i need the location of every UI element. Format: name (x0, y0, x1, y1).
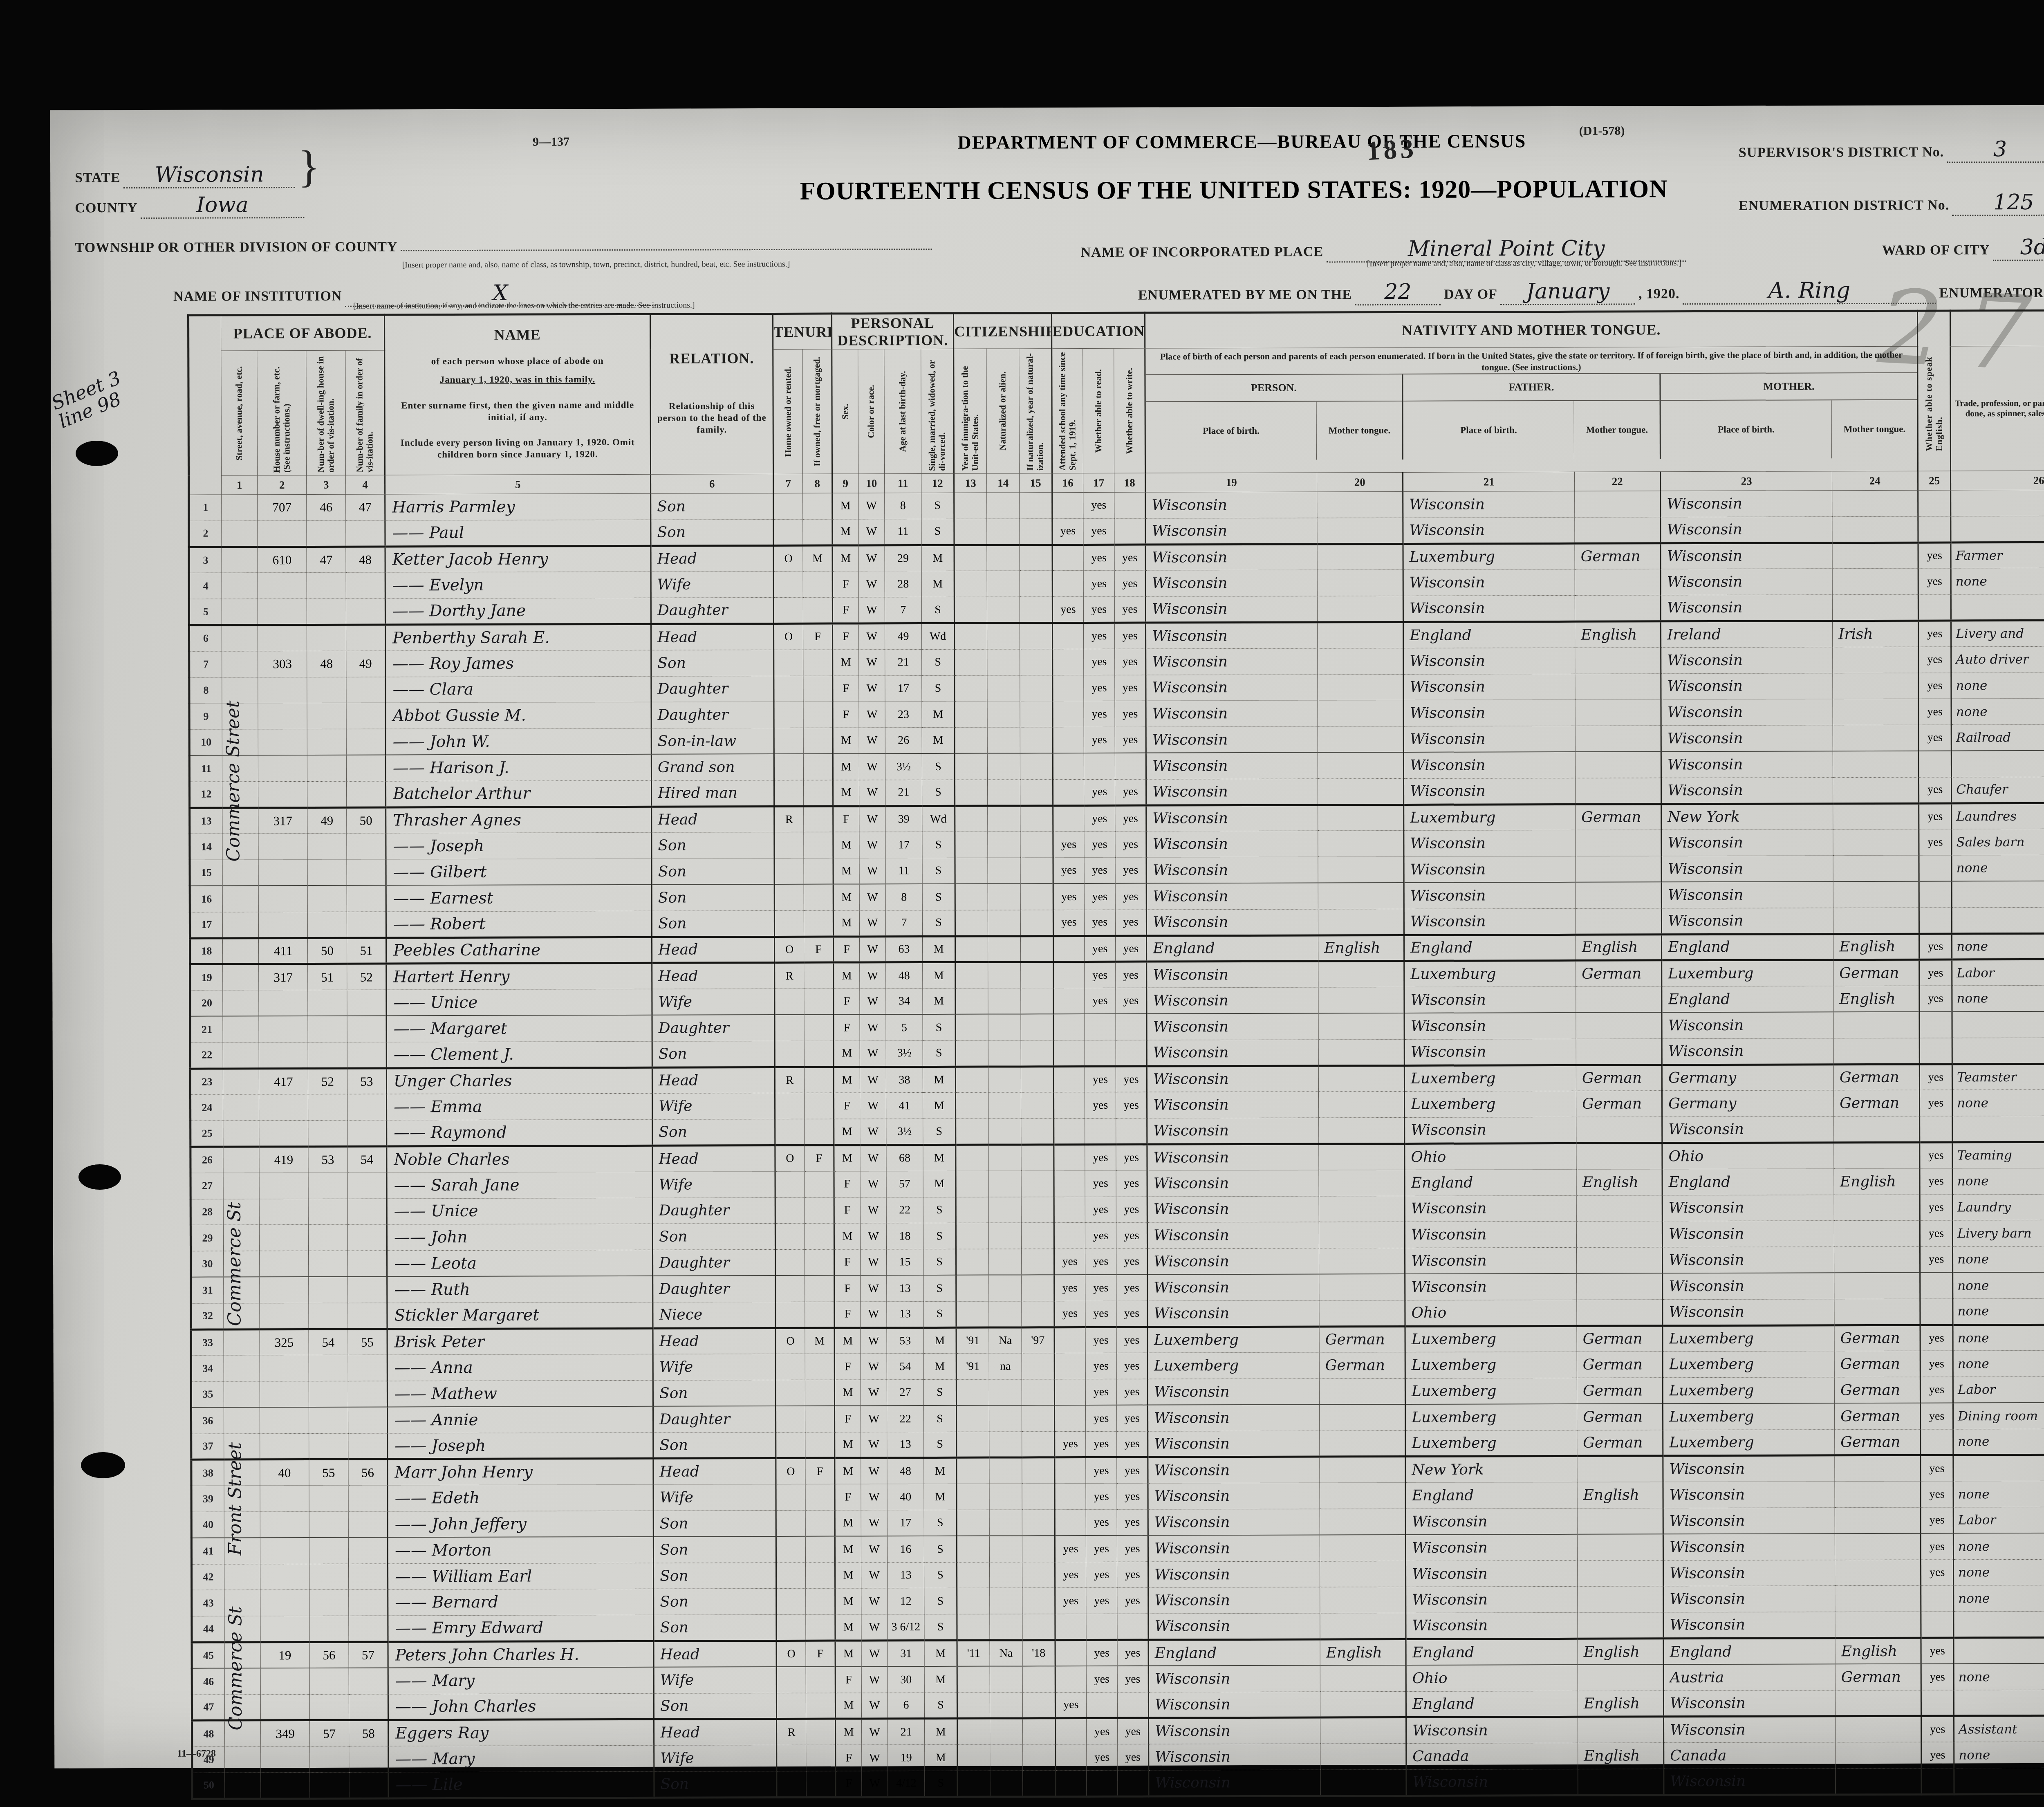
cell-occupation: none (1952, 985, 2044, 1012)
cell-speaks-english: yes (1920, 1142, 1952, 1168)
cell-mother-tongue (1318, 674, 1403, 700)
cell-name: —— Emry Edward (388, 1615, 654, 1642)
cell-house-number: 707 (258, 494, 307, 520)
cell-father-tongue (1577, 1299, 1663, 1325)
cell-immigration-year (956, 1249, 989, 1275)
cell-naturalization-year (1023, 1771, 1056, 1797)
cell-write: yes (1118, 1744, 1149, 1770)
cell-father-tongue (1576, 1117, 1662, 1143)
cell-naturalization (988, 832, 1020, 858)
cell-marital: M (923, 1067, 955, 1093)
cell-mother-tongue-col (1834, 1273, 1920, 1299)
cell-color: W (861, 1276, 887, 1302)
cell-school (1054, 1327, 1085, 1353)
cell-dwelling-number (309, 1251, 348, 1277)
cell-birthplace: Wisconsin (1145, 596, 1317, 623)
cell-mother-tongue-col: English (1833, 934, 1919, 960)
colnum-23: 23 (1661, 471, 1832, 491)
cell-color: W (858, 571, 885, 597)
cell-family-number: 54 (347, 1146, 387, 1173)
cell-school (1053, 649, 1084, 675)
cell-naturalization-year (1022, 1301, 1054, 1327)
cell-immigration-year (955, 884, 988, 910)
cell-father-tongue (1576, 856, 1661, 882)
cell-mother-tongue-col (1835, 1533, 1921, 1560)
cell-naturalization-year (1020, 675, 1053, 701)
cell-speaks-english: yes (1918, 568, 1951, 594)
cell-immigration-year (956, 1145, 988, 1171)
cell-speaks-english (1920, 1116, 1952, 1142)
street-name-vertical: Commerce Street (222, 572, 256, 989)
cell-relation: Head (652, 1145, 775, 1172)
cell-immigration-year (957, 1719, 990, 1745)
cell-house-number: 419 (259, 1146, 308, 1173)
county-label: COUNTY (75, 200, 137, 215)
cell-age: 18 (886, 1223, 923, 1249)
cell-mother-tongue (1318, 726, 1403, 753)
cell-name: Harris Parmley (385, 493, 651, 520)
cell-speaks-english: yes (1918, 673, 1951, 699)
colnum-13: 13 (954, 473, 987, 493)
cell-naturalization-year (1020, 518, 1052, 545)
person-row: 234175253Unger CharlesHeadRMW38MyesyesWi… (190, 1063, 2044, 1094)
cell-father-birthplace: Wisconsin (1403, 596, 1575, 622)
cell-relation: Son (653, 1432, 776, 1459)
cell-birthplace: Wisconsin (1147, 1170, 1319, 1197)
cell-school (1054, 1223, 1085, 1249)
cell-marital: S (921, 493, 954, 519)
cell-father-birthplace: Luxemberg (1405, 1326, 1577, 1352)
cell-relation: Head (653, 1328, 775, 1354)
cell-marital: Wd (922, 806, 955, 832)
cell-name: Thrasher Agnes (386, 807, 652, 833)
cell-tenure-owned (776, 1589, 806, 1615)
cell-mother-tongue-col (1835, 1481, 1921, 1507)
cell-tenure-owned (775, 1119, 805, 1145)
cell-line: 3 (189, 547, 222, 573)
cell-naturalization-year (1022, 1353, 1054, 1379)
cell-naturalization-year (1020, 701, 1053, 727)
cell-write (1116, 1040, 1147, 1066)
cell-house-number (260, 1694, 309, 1720)
cell-read: yes (1085, 1301, 1116, 1327)
cell-naturalization (989, 1379, 1022, 1406)
person-row: 14—— JosephSonMW17SyesyesyesWisconsinWis… (190, 828, 2044, 860)
nativity-person-section: PERSON. Place of birth.Mother tongue. (1145, 374, 1402, 460)
colnum-5: 5 (385, 474, 651, 494)
person-row: 264195354Noble CharlesHeadOFMW68MyesyesW… (191, 1141, 2044, 1173)
supervisor-district-label: SUPERVISOR'S DISTRICT No. (1739, 144, 1944, 160)
cell-naturalization: na (989, 1353, 1022, 1379)
person-row: 35—— MathewSonMW27SyesyesWisconsinLuxemb… (191, 1376, 2044, 1408)
colnum-8: 8 (803, 474, 832, 493)
cell-family-number (347, 990, 386, 1016)
cell-school (1053, 805, 1084, 832)
cell-name: —— William Earl (388, 1563, 654, 1590)
cell-occupation (1952, 881, 2044, 908)
cell-relation: Daughter (653, 1250, 775, 1276)
cell-marital: S (924, 1432, 957, 1458)
cell-naturalization-year (1022, 1431, 1055, 1457)
cell-sex: M (835, 1432, 861, 1458)
cell-mother-tongue-col (1835, 1560, 1921, 1586)
street-name-vertical: Commerce St (224, 1146, 257, 1381)
cell-line: 25 (191, 1121, 223, 1147)
cell-read: yes (1083, 545, 1114, 571)
cell-name: —— Roy James (385, 650, 651, 677)
cell-color: W (862, 1745, 888, 1771)
cell-naturalization-year (1022, 1406, 1055, 1432)
cell-naturalization-year (1020, 649, 1053, 675)
cell-line: 40 (191, 1512, 224, 1538)
cell-dwelling-number (308, 1094, 347, 1121)
person-row: 43—— BernardSonMW12SyesyesyesWisconsinWi… (192, 1584, 2044, 1616)
cell-age: 7 (885, 597, 921, 623)
cell-immigration-year (957, 1744, 990, 1771)
cell-naturalization: Na (990, 1640, 1022, 1666)
cell-line: 33 (191, 1329, 224, 1356)
cell-house-number (259, 1199, 308, 1225)
cell-name: Hartert Henry (386, 963, 652, 990)
cell-father-birthplace: England (1405, 1482, 1577, 1509)
cell-tenure-owned (776, 1563, 806, 1589)
col-trade-head: Trade, profession, or partic-ular kind o… (1950, 346, 2044, 471)
cell-read: yes (1086, 1640, 1117, 1666)
cell-sex: M (835, 1563, 861, 1589)
cell-dwelling-number (310, 1746, 349, 1772)
cell-speaks-english: yes (1921, 1403, 1953, 1429)
cell-sex: M (834, 1067, 860, 1093)
cell-house-number: 325 (260, 1329, 309, 1355)
cell-mother-tongue (1320, 1535, 1405, 1561)
cell-color: W (861, 1562, 888, 1588)
person-row: 29—— JohnSonMW18SyesyesWisconsinWisconsi… (191, 1219, 2044, 1251)
cell-tenure-owned (775, 1302, 805, 1328)
cell-mother-tongue (1317, 570, 1403, 596)
cell-house-number (258, 625, 307, 651)
cell-school (1055, 1510, 1086, 1536)
naturalized-label: Naturalized or alien. (997, 369, 1009, 453)
cell-mother-tongue-col: German (1834, 1377, 1920, 1403)
cell-line: 46 (192, 1668, 224, 1695)
cell-house-number (258, 886, 307, 912)
cell-mother-tongue-col (1834, 1299, 1920, 1325)
cell-read: yes (1084, 623, 1115, 649)
cell-mother-tongue (1319, 1196, 1405, 1222)
cell-line: 17 (190, 912, 222, 938)
cell-family-number (349, 1746, 388, 1772)
cell-read (1085, 1040, 1116, 1066)
margin-sheet-note: Sheet 3 line 98 (49, 368, 131, 432)
cell-birthplace: Luxemberg (1148, 1326, 1319, 1353)
cell-read: yes (1084, 805, 1115, 832)
cell-mother-tongue-col (1836, 1742, 1921, 1768)
cell-color: W (861, 1406, 887, 1432)
person-row: 41—— MortonSonMW16SyesyesyesWisconsinWis… (191, 1532, 2044, 1564)
group-personal-description: PERSONAL DESCRIPTION. (832, 313, 954, 349)
cell-write: yes (1117, 1640, 1148, 1666)
township-label: TOWNSHIP OR OTHER DIVISION OF COUNTY (75, 239, 398, 255)
cell-naturalization (987, 727, 1020, 753)
cell-mother-birthplace: Germany (1662, 1090, 1834, 1117)
cell-dwelling-number (307, 755, 346, 781)
cell-father-tongue: English (1576, 1169, 1662, 1195)
cell-speaks-english: yes (1919, 829, 1952, 855)
cell-immigration-year (954, 571, 987, 597)
cell-naturalization (988, 884, 1020, 910)
cell-mother-tongue-col: German (1834, 1325, 1920, 1351)
cell-speaks-english: yes (1920, 1194, 1952, 1220)
cell-marital: S (923, 1197, 956, 1223)
table-header: PLACE OF ABODE. NAME of each person whos… (188, 309, 2044, 495)
cell-write (1117, 1614, 1148, 1640)
person-row: 12Batchelor ArthurHired manMW21SyesyesWi… (190, 776, 2044, 808)
cell-marital: S (924, 1588, 957, 1614)
cell-birthplace: Wisconsin (1148, 1692, 1320, 1718)
cell-dwelling-number (308, 1225, 347, 1251)
cell-marital: M (923, 962, 955, 989)
person-row: 21—— MargaretDaughterFW5SWisconsinWiscon… (190, 1011, 2044, 1042)
cell-dwelling-number (309, 1407, 348, 1433)
cell-mother-tongue (1318, 857, 1404, 883)
cell-naturalization-year (1020, 832, 1053, 858)
cell-color: W (861, 1327, 887, 1354)
cell-sex: M (835, 1588, 861, 1614)
cell-dwelling-number (307, 573, 346, 599)
cell-mother-tongue-col (1833, 830, 1919, 856)
cell-dwelling-number (307, 599, 346, 625)
cell-family-number (347, 781, 386, 807)
cell-tenure-mortgage (805, 1171, 834, 1197)
nativity-subhead: Place of birth of each person and parent… (1145, 346, 1918, 473)
cell-mother-tongue (1318, 961, 1404, 987)
cell-dwelling-number (308, 990, 347, 1016)
cell-house-number (259, 1094, 308, 1121)
cell-naturalization-year (1022, 1249, 1054, 1275)
cell-line: 28 (191, 1199, 223, 1225)
cell-mother-birthplace: Wisconsin (1664, 1769, 1836, 1795)
cell-relation: Son (654, 1563, 776, 1589)
cell-school (1053, 1066, 1085, 1092)
cell-birthplace: Wisconsin (1149, 1770, 1320, 1796)
cell-speaks-english: yes (1920, 1351, 1953, 1377)
cell-naturalization (990, 1588, 1022, 1614)
cell-age: 11 (885, 519, 921, 545)
cell-relation: Hired man (652, 780, 774, 807)
cell-color: W (859, 780, 885, 806)
cell-age: 22 (886, 1197, 923, 1223)
cell-immigration-year (956, 1223, 988, 1249)
cell-line: 30 (191, 1251, 224, 1277)
cell-dwelling-number: 47 (307, 547, 346, 573)
col-house-head: House number or farm, etc. (See instruct… (257, 350, 307, 475)
cell-street (225, 1746, 261, 1773)
cell-mother-tongue-col: English (1835, 1638, 1921, 1664)
cell-marital: Wd (922, 623, 955, 649)
supervisor-district-field: SUPERVISOR'S DISTRICT No. 3 (1739, 137, 2044, 164)
cell-name: —— Annie (388, 1406, 653, 1433)
cell-immigration-year (955, 910, 988, 936)
cell-name: —— Ruth (387, 1276, 653, 1303)
cell-sex: M (835, 1510, 861, 1536)
cell-tenure-owned (773, 493, 803, 519)
cell-tenure-mortgage (803, 754, 833, 780)
cell-mother-tongue-col (1832, 594, 1918, 621)
cell-mother-tongue-col (1832, 543, 1918, 569)
cell-birthplace: Wisconsin (1147, 987, 1318, 1014)
cell-occupation: Livery barn (1952, 1220, 2044, 1247)
cell-tenure-mortgage (806, 1693, 835, 1719)
cell-family-number (346, 599, 385, 625)
cell-sex: F (836, 1771, 862, 1797)
cell-father-birthplace: Canada (1406, 1743, 1578, 1770)
cell-relation: Daughter (653, 1406, 776, 1433)
cell-father-birthplace: Wisconsin (1405, 1508, 1577, 1535)
cell-mother-tongue (1318, 1013, 1404, 1039)
cell-write: yes (1115, 910, 1146, 936)
cell-occupation (1954, 1689, 2044, 1716)
cell-family-number (347, 833, 386, 859)
cell-father-birthplace: Wisconsin (1406, 1560, 1578, 1587)
cell-age: 21 (888, 1719, 925, 1745)
cell-birthplace: Wisconsin (1149, 1744, 1320, 1770)
col-sex-head: Sex. (832, 349, 858, 474)
cell-speaks-english: yes (1920, 1220, 1952, 1247)
cell-line: 27 (191, 1173, 223, 1199)
cell-tenure-mortgage (805, 1223, 834, 1249)
cell-family-number (348, 1277, 387, 1303)
cell-family-number (348, 1485, 388, 1511)
cell-school (1053, 727, 1084, 753)
cell-naturalization-year (1022, 1536, 1055, 1562)
cell-occupation: none (1953, 1246, 2044, 1273)
cell-occupation: Labor (1952, 959, 2044, 986)
cell-street (223, 1121, 259, 1147)
cell-mother-tongue (1319, 1092, 1405, 1118)
cell-tenure-owned (775, 1354, 805, 1380)
person-row: 133174950Thrasher AgnesHeadRFW39Wdyesyes… (190, 802, 2044, 834)
cell-sex: M (833, 780, 859, 806)
cell-naturalization-year (1020, 571, 1052, 597)
cell-sex: F (836, 1745, 862, 1771)
cell-immigration-year (957, 1666, 990, 1693)
cell-dwelling-number (307, 859, 347, 886)
cell-occupation: none (1954, 1585, 2044, 1612)
cell-speaks-english: yes (1921, 1560, 1954, 1586)
cell-naturalization (987, 701, 1020, 727)
cell-father-tongue (1576, 778, 1661, 804)
cell-dwelling-number (309, 1564, 349, 1590)
cell-write: yes (1115, 779, 1146, 805)
cell-house-number (261, 1746, 310, 1773)
cell-line: 31 (191, 1277, 224, 1303)
cell-name: —— Mary (388, 1667, 654, 1694)
cell-mother-tongue-col (1835, 1612, 1921, 1638)
cell-relation: Head (652, 1067, 775, 1094)
cell-name: —— Joseph (386, 833, 652, 859)
cell-naturalization-year (1022, 1562, 1055, 1588)
cell-mother-tongue (1320, 1509, 1405, 1535)
cell-family-number: 56 (348, 1459, 388, 1485)
cell-write (1115, 753, 1146, 779)
cell-mother-tongue-col (1834, 1247, 1920, 1273)
cell-mother-tongue-col (1836, 1716, 1921, 1742)
cell-color: W (860, 936, 886, 962)
cell-mother-birthplace: Luxemberg (1663, 1351, 1834, 1378)
cell-house-number (258, 755, 307, 781)
cell-school (1055, 1484, 1086, 1510)
cell-school (1052, 492, 1083, 518)
cell-marital: S (924, 1614, 957, 1641)
cell-relation: Daughter (651, 702, 774, 729)
cell-mother-birthplace: England (1662, 934, 1833, 960)
cell-father-tongue: English (1577, 1482, 1663, 1508)
cell-write (1116, 1014, 1147, 1040)
cell-dwelling-number (309, 1694, 349, 1720)
cell-line: 5 (189, 599, 222, 625)
cell-tenure-owned (775, 1224, 805, 1250)
cell-birthplace: Wisconsin (1148, 1509, 1320, 1536)
cell-occupation: none (1951, 568, 2044, 594)
cell-house-number: 40 (260, 1459, 309, 1486)
cell-immigration-year (957, 1458, 989, 1484)
cell-birthplace: Wisconsin (1146, 700, 1318, 727)
cell-line: 11 (189, 756, 222, 782)
cell-father-birthplace: England (1403, 621, 1575, 648)
cell-school (1055, 1457, 1086, 1484)
cell-sex: M (833, 884, 859, 910)
cell-speaks-english (1918, 516, 1951, 543)
cell-mother-birthplace: Luxemburg (1662, 960, 1833, 986)
cell-sex: F (834, 936, 860, 962)
cell-read: yes (1085, 1223, 1116, 1249)
cell-school (1055, 1405, 1086, 1431)
cell-birthplace: Wisconsin (1148, 1431, 1320, 1457)
cell-immigration-year: '11 (957, 1640, 990, 1666)
cell-relation: Wife (652, 1093, 775, 1120)
cell-tenure-owned (773, 597, 803, 623)
cell-write: yes (1114, 570, 1145, 596)
cell-naturalization (988, 936, 1021, 962)
cell-color: W (860, 1197, 886, 1223)
cell-family-number (346, 703, 385, 729)
cell-sex: M (835, 1458, 861, 1484)
cell-mother-tongue-col (1835, 1507, 1921, 1533)
cell-family-number (347, 912, 386, 938)
cell-read: yes (1083, 518, 1114, 545)
cell-tenure-mortgage (805, 1510, 835, 1536)
cell-write: yes (1116, 988, 1147, 1014)
cell-family-number (348, 1433, 388, 1459)
cell-mother-tongue-col (1833, 908, 1919, 934)
cell-immigration-year (957, 1562, 990, 1588)
person-row: 45195657Peters John Charles H.HeadOFMW31… (192, 1637, 2044, 1668)
cell-line: 42 (192, 1564, 224, 1590)
cell-marital: S (923, 1014, 955, 1040)
cell-father-tongue (1577, 1508, 1663, 1534)
cell-father-birthplace: Wisconsin (1405, 1247, 1577, 1274)
cell-name: —— Mary (388, 1746, 654, 1772)
cell-mother-tongue-col: German (1833, 960, 1919, 986)
cell-line: 43 (192, 1590, 224, 1616)
cell-dwelling-number (309, 1668, 349, 1694)
person-row: 333255455Brisk PeterHeadOMMW53M'91Na'97y… (191, 1323, 2044, 1355)
cell-dwelling-number (307, 834, 347, 860)
cell-naturalization (987, 753, 1020, 780)
cell-relation: Son (651, 493, 773, 520)
cell-house-number (259, 1121, 308, 1147)
cell-color: W (859, 858, 885, 884)
